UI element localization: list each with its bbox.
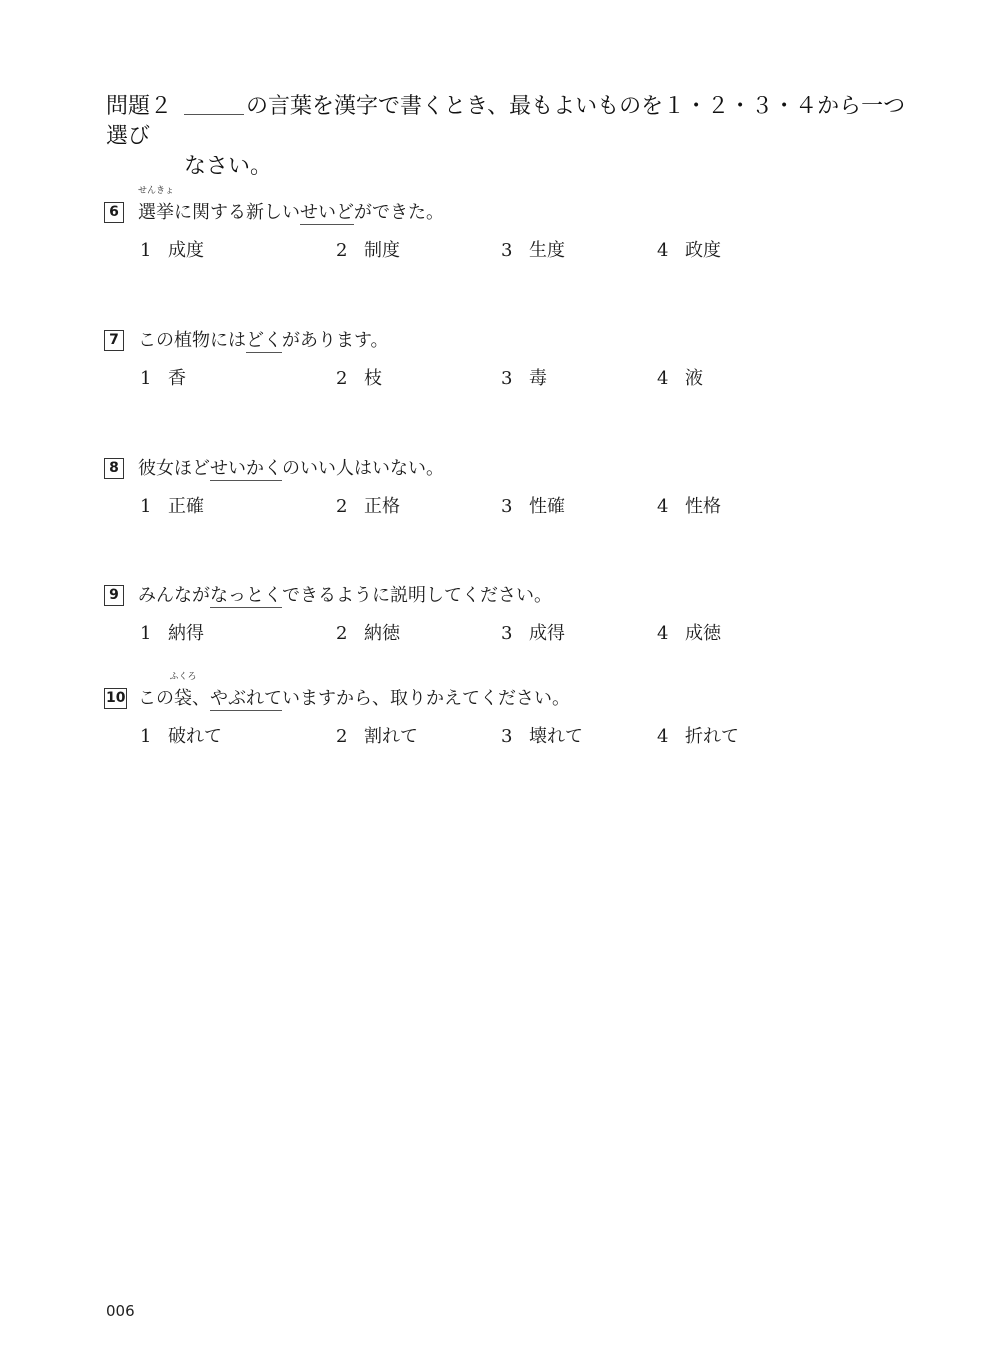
problem-label: 問題２ [106, 92, 184, 122]
option-1[interactable]: 1香 [140, 364, 186, 394]
option-3[interactable]: 3生度 [501, 236, 565, 266]
option-1[interactable]: 1納得 [140, 619, 204, 649]
option-4[interactable]: 4折れて [657, 722, 739, 752]
blank-underline [184, 94, 244, 115]
question-9: 9 みんながなっとくできるように説明してください。 1納得 2納徳 3成得 4成… [104, 583, 924, 649]
question-text: みんながなっとくできるように説明してください。 [138, 583, 552, 609]
instruction-line-2: なさい。 [106, 152, 906, 182]
underlined-target: やぶれて [210, 688, 282, 711]
option-1[interactable]: 1成度 [140, 236, 204, 266]
option-2[interactable]: 2制度 [336, 236, 400, 266]
option-4[interactable]: 4成徳 [657, 619, 721, 649]
option-2[interactable]: 2納徳 [336, 619, 400, 649]
question-7: 7 この植物にはどくがあります。 1香 2枝 3毒 4液 [104, 328, 924, 394]
underlined-target: せいど [300, 202, 354, 225]
answer-options: 1納得 2納徳 3成得 4成徳 [104, 619, 924, 649]
answer-options: 1香 2枝 3毒 4液 [104, 364, 924, 394]
instruction-heading: 問題２の言葉を漢字で書くとき、最もよいものを１・２・３・４から一つ選び なさい。 [106, 92, 906, 182]
answer-options: 1正確 2正格 3性確 4性格 [104, 492, 924, 522]
option-3[interactable]: 3性確 [501, 492, 565, 522]
page-number: 006 [106, 1302, 135, 1320]
instruction-line-1: 問題２の言葉を漢字で書くとき、最もよいものを１・２・３・４から一つ選び [106, 92, 906, 152]
question-text: せんきょ選挙に関する新しいせいどができた。 [138, 200, 444, 226]
question-6: 6 せんきょ選挙に関する新しいせいどができた。 1成度 2制度 3生度 4政度 [104, 200, 924, 266]
question-10: 10 このふくろ袋、やぶれていますから、取りかえてください。 1破れて 2割れて… [104, 686, 924, 752]
answer-options: 1成度 2制度 3生度 4政度 [104, 236, 924, 266]
question-number-box: 6 [104, 202, 124, 223]
ruby-word: せんきょ選挙 [138, 200, 174, 226]
option-1[interactable]: 1破れて [140, 722, 222, 752]
question-number-box: 9 [104, 585, 124, 606]
furigana: ふくろ [169, 672, 196, 682]
question-text: このふくろ袋、やぶれていますから、取りかえてください。 [138, 686, 570, 712]
answer-options: 1破れて 2割れて 3壊れて 4折れて [104, 722, 924, 752]
option-3[interactable]: 3壊れて [501, 722, 583, 752]
underlined-target: なっとく [210, 585, 282, 608]
underlined-target: どく [246, 330, 282, 353]
ruby-word: ふくろ袋 [174, 686, 192, 712]
question-8: 8 彼女ほどせいかくのいい人はいない。 1正確 2正格 3性確 4性格 [104, 456, 924, 522]
option-2[interactable]: 2枝 [336, 364, 382, 394]
option-2[interactable]: 2正格 [336, 492, 400, 522]
furigana: せんきょ [138, 186, 174, 196]
question-text: 彼女ほどせいかくのいい人はいない。 [138, 456, 444, 482]
question-number-box: 7 [104, 330, 124, 351]
underlined-target: せいかく [210, 458, 282, 481]
option-4[interactable]: 4性格 [657, 492, 721, 522]
question-text: この植物にはどくがあります。 [138, 328, 389, 354]
option-3[interactable]: 3成得 [501, 619, 565, 649]
option-4[interactable]: 4政度 [657, 236, 721, 266]
option-2[interactable]: 2割れて [336, 722, 418, 752]
question-number-box: 10 [104, 688, 127, 709]
option-1[interactable]: 1正確 [140, 492, 204, 522]
option-4[interactable]: 4液 [657, 364, 703, 394]
question-number-box: 8 [104, 458, 124, 479]
option-3[interactable]: 3毒 [501, 364, 547, 394]
